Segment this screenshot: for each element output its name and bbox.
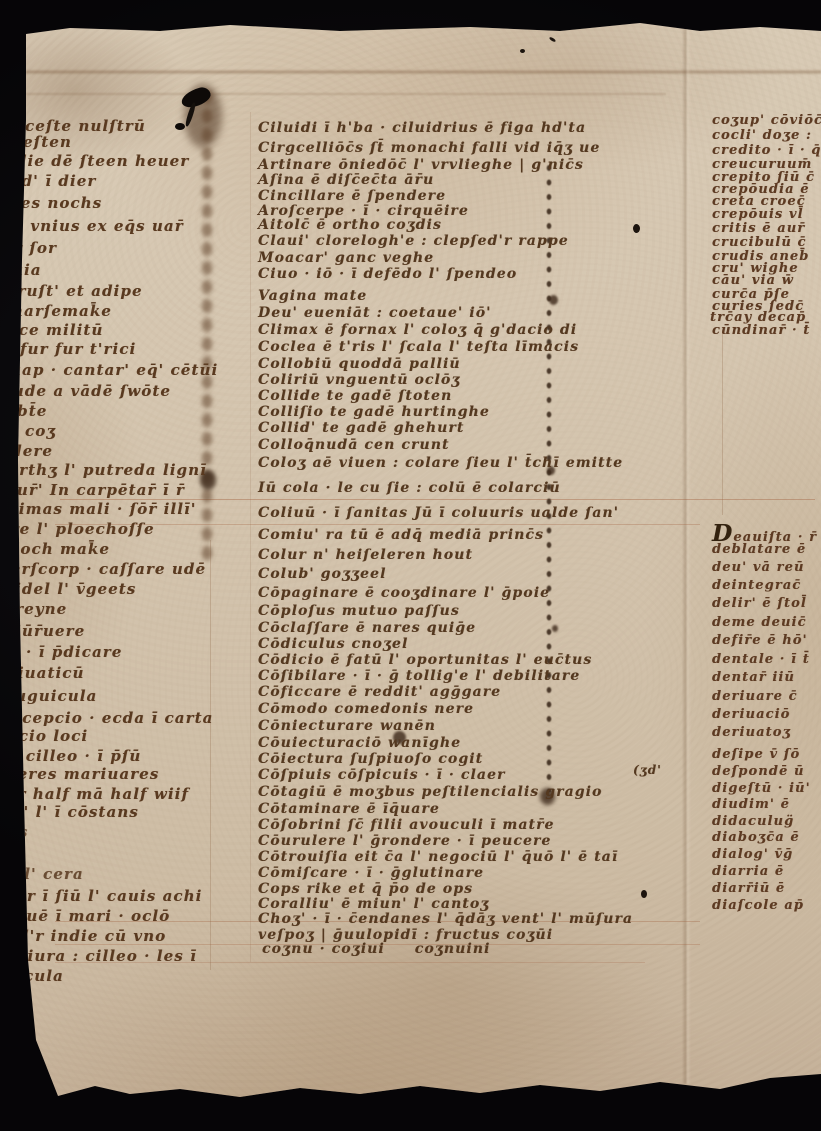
glossary-entry-line: deſipe v̄ ſō bbox=[712, 747, 800, 762]
glossary-entry-line: critis ē aur̄ bbox=[712, 221, 805, 236]
glossary-entry-line: cūndinar̄ · t̄ bbox=[712, 323, 810, 338]
glossary-entry-line: deſpondē ū bbox=[712, 764, 805, 779]
glossary-entry-line: dentale · ī t̄ bbox=[712, 652, 810, 667]
glossary-entry-line: cocli' doʒe : bbox=[712, 128, 812, 143]
glossary-entry-line: diarr̄iū ē bbox=[712, 881, 785, 896]
glossary-entry-line: digeſtū · iū' bbox=[712, 781, 811, 796]
glossary-entry-line: credito · ī · q̄ bbox=[712, 143, 821, 158]
glossary-entry-line: diaboʒc̄a ē bbox=[712, 830, 800, 845]
glossary-entry-line: coʒup' cōviōc̄ bbox=[712, 113, 821, 128]
glossary-entry-line: dentar̄ iiū bbox=[712, 670, 795, 685]
glossary-entry-line: deriuaciō bbox=[712, 707, 790, 722]
manuscript-photo: ē ceſte nulſtrūreſtens die dē ſteen heue… bbox=[0, 0, 821, 1131]
glossary-entry-line: didaculug̈ bbox=[712, 814, 794, 829]
glossary-entry-line: cāu' via w̄ bbox=[712, 273, 794, 288]
glossary-entry-line: deblatare ē bbox=[712, 542, 806, 557]
glossary-entry-line: crucibulū c̄ bbox=[712, 235, 807, 250]
glossary-column-right: coʒup' cōviōc̄cocli' doʒe :credito · ī ·… bbox=[0, 0, 821, 1131]
glossary-entry-line: diarria ē bbox=[712, 864, 784, 879]
glossary-entry-line: delir' ē ſtol̄ bbox=[712, 596, 807, 611]
glossary-entry-line: crepōuis vl̄ bbox=[712, 207, 804, 222]
glossary-entry-line: uis bbox=[0, 823, 28, 841]
glossary-entry-line: defir̄e ē hō' bbox=[712, 633, 808, 648]
glossary-entry-line: deu' vā reū bbox=[712, 560, 805, 575]
glossary-entry-line: deme deuic̄ bbox=[712, 615, 807, 630]
glossary-entry-line: deintegrac̄ bbox=[712, 578, 801, 593]
glossary-entry-line: dialog' v̄ḡ bbox=[712, 847, 793, 862]
glossary-entry-line: deriuatoʒ bbox=[712, 725, 791, 740]
glossary-entry-line: diaſcole ap̄ bbox=[712, 898, 804, 913]
glossary-entry-line: diudim' ē bbox=[712, 797, 790, 812]
glossary-entry-line: deriuare c̄ bbox=[712, 689, 798, 704]
parchment-leaf: ē ceſte nulſtrūreſtens die dē ſteen heue… bbox=[0, 0, 821, 1131]
